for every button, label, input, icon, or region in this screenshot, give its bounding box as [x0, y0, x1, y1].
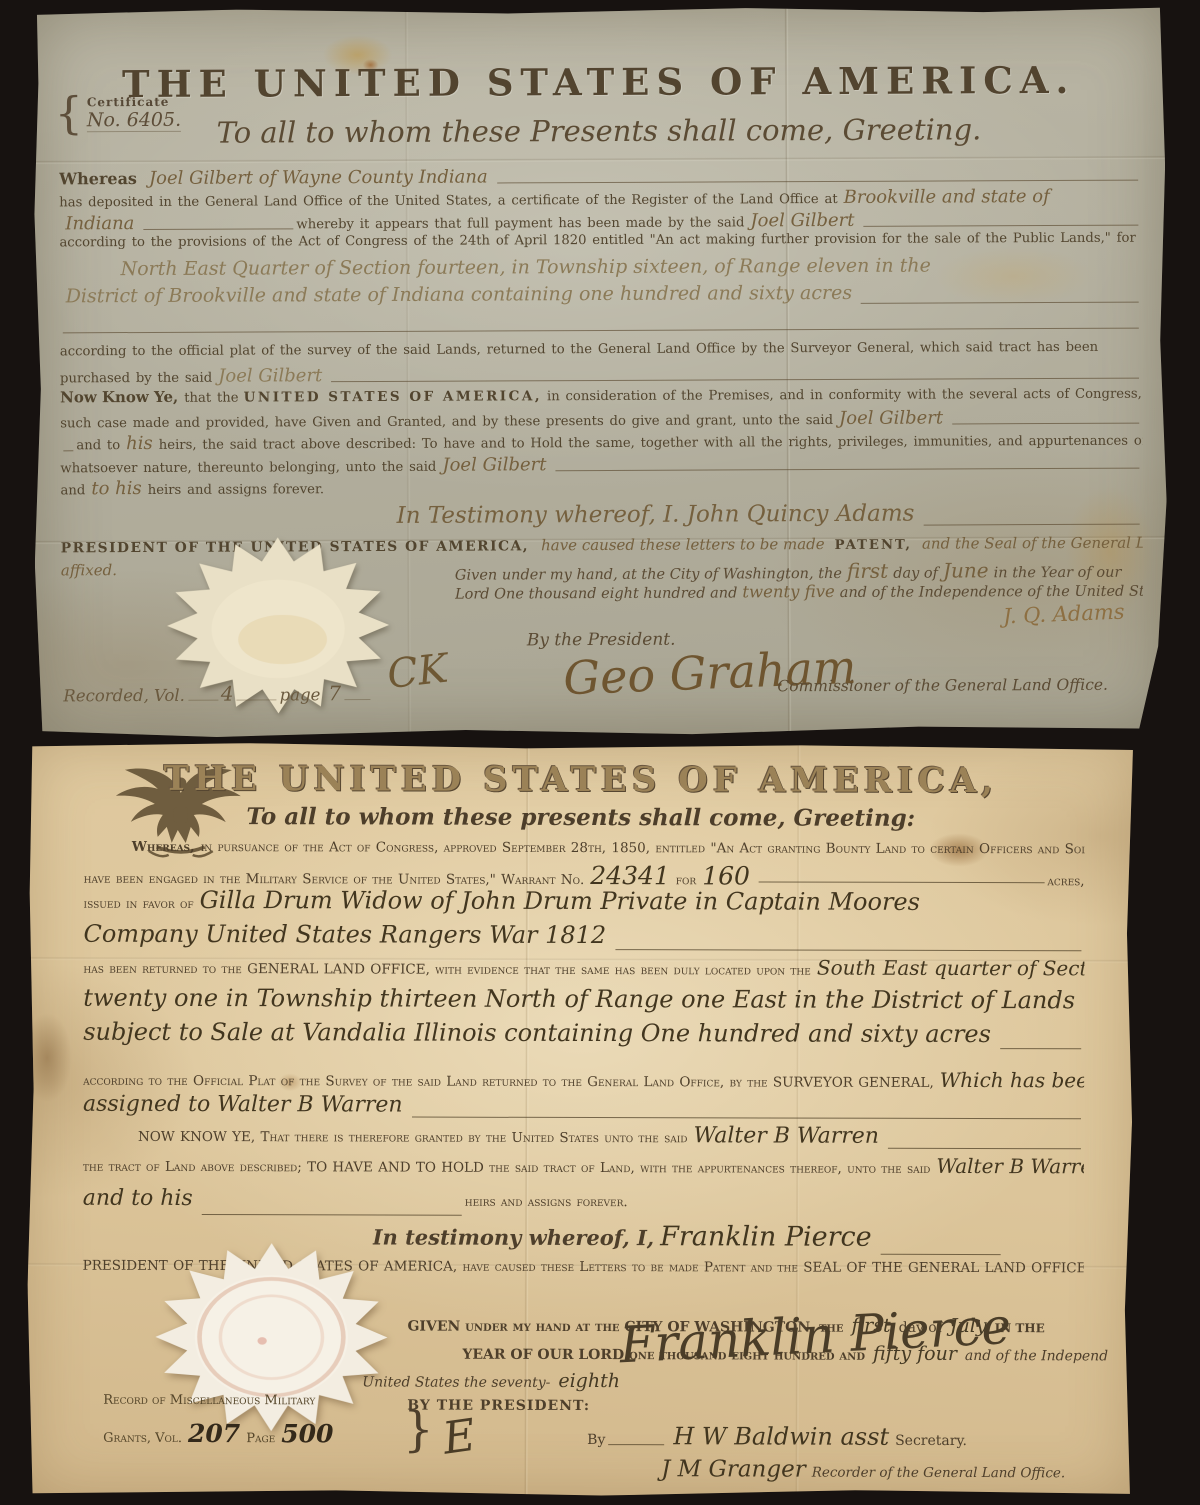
print-text: that the: [184, 391, 238, 406]
state-script: Indiana: [65, 213, 134, 234]
land-script: South East quarter of Section: [817, 956, 1085, 981]
print-text: Record of Miscellaneous Military: [103, 1393, 315, 1409]
payer-script: Joel Gilbert: [750, 210, 854, 231]
secretary-title: Secretary.: [895, 1433, 967, 1449]
day-script: first: [847, 559, 888, 583]
land-patent-document-1825: { Certificate No. 6405. THE UNITED STATE…: [32, 6, 1167, 739]
blank-line: [608, 1444, 664, 1445]
clerk-flourish: E: [440, 1410, 479, 1465]
print-text: Lord One thousand eight hundred and: [455, 585, 737, 602]
print-text: for: [676, 872, 696, 888]
favor-script: Company United States Rangers War 1812: [83, 920, 606, 949]
line-heirs: and to his heirs and assigns forever.: [83, 1186, 1084, 1223]
patent-word: PATENT,: [835, 538, 912, 553]
print-text: whereby it appears that full payment has…: [296, 215, 744, 232]
assigned-script: assigned to Walter B Warren: [83, 1092, 403, 1118]
print-text: heirs and assigns forever.: [148, 482, 324, 498]
print-text: Given under my hand, at the City of Wash…: [455, 566, 842, 584]
blank-line: [344, 699, 370, 700]
month-script: June: [943, 558, 989, 582]
line-land-description-2: District of Brookville and state of Indi…: [60, 280, 1142, 312]
secretary-signature-block: By H W Baldwin asst Secretary.: [587, 1422, 1067, 1451]
usa-caps: UNITED STATES OF AMERICA,: [244, 389, 543, 406]
document-body: Whereas Joel Gilbert of Wayne County Ind…: [59, 164, 1143, 584]
print-text: Grants, Vol.: [103, 1431, 182, 1446]
line-land-3: subject to Sale at Vandalia Illinois con…: [83, 1018, 1084, 1055]
rule: [63, 327, 1139, 333]
blank-line: [331, 378, 1139, 383]
print-text: heirs, the said tract above described: T…: [159, 434, 1143, 453]
line-land-2: twenty one in Township thirteen North of…: [83, 984, 1084, 1021]
blank-line: [237, 699, 277, 700]
print-text: has been returned to the GENERAL LAND OF…: [83, 961, 811, 979]
blank-line: [952, 423, 1139, 425]
print-text: in pursuance of the Act of Congress, app…: [201, 839, 1085, 857]
line-act-2: have been engaged in the Military Servic…: [84, 860, 1085, 889]
independence-script: eighth: [558, 1370, 620, 1392]
print-text: such case made and provided, have Given …: [60, 413, 833, 431]
blank-line: [63, 450, 73, 451]
print-text: NOW KNOW YE, That there is therefore gra…: [138, 1129, 688, 1146]
president-name-script: Franklin Pierce: [660, 1221, 872, 1253]
print-text: the tract of Land above described; TO HA…: [83, 1159, 931, 1177]
salutation: To all to whom these presents shall come…: [29, 803, 1133, 833]
line-forever: and to his heirs and assigns forever.: [60, 474, 1142, 501]
line-tract: the tract of Land above described; TO HA…: [83, 1152, 1084, 1189]
assigned-script: Which has been: [940, 1068, 1084, 1092]
by-the-president-label: BY THE PRESIDENT:: [407, 1398, 590, 1414]
whereas-label: Whereas,: [132, 839, 195, 855]
clerk-flourish-signature: CK: [385, 646, 450, 698]
line-issued: issued in favor of Gilla Drum Widow of J…: [84, 886, 1085, 923]
print-text: in consideration of the Premises, and in…: [547, 387, 1142, 405]
record-volume-block: Record of Miscellaneous Military Grants,…: [103, 1393, 433, 1446]
print-text: and to: [76, 438, 120, 453]
grantee-script: Joel Gilbert: [442, 454, 546, 475]
spacer: [324, 490, 1142, 494]
recorder-signature-block: J M Granger Recorder of the General Land…: [655, 1456, 1065, 1483]
grantee-script: Walter B Warren: [936, 1154, 1084, 1178]
print-text: day of: [893, 566, 938, 582]
document-body: Whereas, in pursuance of the Act of Cong…: [83, 839, 1085, 1287]
grantee-script: Walter B Warren: [694, 1123, 879, 1148]
record-line-1: Record of Miscellaneous Military: [103, 1393, 433, 1420]
stain: [22, 1013, 72, 1103]
line-know-ye: NOW KNOW YE, That there is therefore gra…: [138, 1122, 1084, 1154]
heirs-script: and to his: [83, 1186, 193, 1211]
line-given-1: Given under my hand, at the City of Wash…: [455, 558, 1143, 584]
volume-number: 4: [221, 682, 234, 706]
blank-line: [759, 881, 1045, 883]
blank-line: [202, 1214, 462, 1216]
dateline-block: Given under my hand, at the City of Wash…: [455, 558, 1143, 607]
document-title: THE UNITED STATES OF AMERICA.: [33, 58, 1165, 107]
print-text: has deposited in the General Land Office…: [59, 192, 837, 210]
blank-line: [881, 1254, 1001, 1255]
line-testimony: In Testimony whereof, I. John Quincy Ada…: [391, 500, 1143, 533]
favor-script: Gilla Drum Widow of John Drum Private in…: [200, 886, 920, 916]
line-plat: according to the Official Plat of the Su…: [83, 1066, 1084, 1095]
blank-line: [861, 301, 1139, 303]
print-text: issued in favor of: [84, 896, 194, 912]
blank-line: [923, 524, 1139, 526]
print-text: whatsoever nature, thereunto belonging, …: [60, 459, 436, 476]
grantee-name-script: Joel Gilbert of Wayne County Indiana: [149, 166, 488, 188]
commissioner-signature: Geo Graham: [562, 640, 857, 705]
blank-line: [555, 468, 1139, 472]
line-given-3: United States the seventy- eighth: [362, 1369, 1107, 1399]
his-script: to his: [91, 478, 141, 499]
print-text: have caused these letters to be made: [541, 535, 825, 554]
recorder-signature: J M Granger: [661, 1456, 806, 1482]
land-script: subject to Sale at Vandalia Illinois con…: [83, 1018, 991, 1048]
blank-line: [863, 225, 1138, 227]
print-text: Page: [246, 1431, 275, 1445]
record-line-2: Grants, Vol. 207 Page 500: [103, 1419, 433, 1446]
record-volume-number: 207: [188, 1419, 240, 1446]
commissioner-title: Commissioner of the General Land Office.: [777, 676, 1108, 695]
print-text: in the Year of our: [994, 565, 1122, 582]
print-text: heirs and assigns forever.: [465, 1194, 628, 1210]
page-number: 7: [328, 681, 341, 705]
print-text: according to the official plat of the su…: [60, 339, 1098, 359]
recorder-title: Recorder of the General Land Office.: [812, 1465, 1066, 1482]
testimony-label: In testimony whereof, I,: [373, 1224, 655, 1250]
testimony-script: In Testimony whereof, I. John Quincy Ada…: [397, 501, 915, 529]
blank-line: [888, 1148, 1081, 1150]
print-text: United States the seventy-: [362, 1374, 550, 1390]
president-signature: J. Q. Adams: [1003, 600, 1125, 629]
bounty-land-patent-document-1854: THE UNITED STATES OF AMERICA, To all to …: [27, 743, 1133, 1499]
print-text: according to the Official Plat of the Su…: [83, 1073, 934, 1091]
by-the-president-label: By the President.: [35, 628, 1167, 653]
land-description-script: District of Brookville and state of Indi…: [66, 281, 853, 306]
line-act-1: Whereas, in pursuance of the Act of Cong…: [132, 839, 1085, 862]
print-text: and: [60, 483, 85, 498]
photograph-two-land-patents: { "colors":{"background":"#171210","doc1…: [0, 0, 1200, 1505]
blank-line: [412, 1117, 1081, 1120]
by-label: By: [587, 1432, 605, 1448]
grantee-script: Joel Gilbert: [839, 407, 943, 428]
purchaser-script: Joel Gilbert: [218, 365, 322, 386]
document-title: THE UNITED STATES OF AMERICA,: [29, 759, 1133, 802]
print-text: and of the Independence of the United St…: [840, 583, 1143, 601]
record-page-number: 500: [281, 1419, 333, 1445]
page-label: page: [280, 685, 321, 704]
office-location-script: Brookville and state of: [844, 186, 1050, 208]
salutation: To all to whom these Presents shall come…: [33, 112, 1165, 151]
line-assigned: assigned to Walter B Warren: [83, 1092, 1084, 1125]
recorded-label: Recorded, Vol.: [63, 686, 185, 706]
horizontal-rule: [60, 323, 1142, 338]
blank-line: [188, 700, 218, 701]
land-description-script: North East Quarter of Section fourteen, …: [120, 254, 930, 280]
blank-line: [1000, 1048, 1081, 1049]
recorded-volume-block: Recorded, Vol. 4 page 7: [63, 681, 393, 706]
secretary-signature: H W Baldwin asst: [673, 1422, 889, 1451]
land-script: twenty one in Township thirteen North of…: [83, 984, 1075, 1015]
line-testimony: In testimony whereof, I, Franklin Pierce: [373, 1220, 1084, 1260]
blank-line: [497, 180, 1138, 184]
brace-glyph: }: [403, 1402, 434, 1458]
blank-line: [143, 229, 293, 231]
acreage-script: 160: [702, 861, 750, 888]
year-script: twenty five: [742, 582, 835, 601]
acres-label: acres,: [1047, 873, 1084, 888]
print-text: purchased by the said: [60, 371, 212, 387]
warrant-number-script: 24341: [590, 861, 670, 888]
know-ye-label: Now Know Ye,: [60, 388, 178, 407]
line-favor-2: Company United States Rangers War 1812: [83, 920, 1084, 957]
spacer: [628, 1206, 1084, 1207]
print-text: affixed.: [61, 561, 117, 579]
line-returned: has been returned to the GENERAL LAND OF…: [83, 954, 1084, 987]
blank-line: [615, 949, 1081, 951]
print-text: and the Seal of the General Land Office …: [922, 534, 1143, 553]
whereas-label: Whereas: [59, 169, 137, 188]
his-script: his: [126, 433, 153, 454]
fold-crease: [33, 156, 1165, 165]
